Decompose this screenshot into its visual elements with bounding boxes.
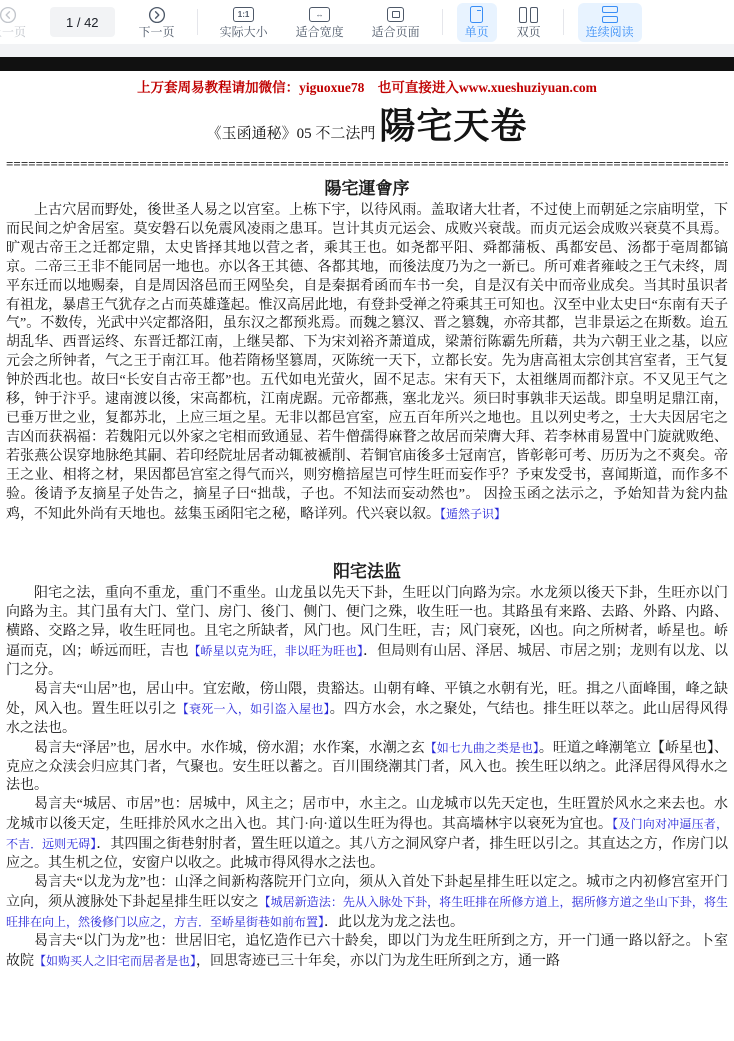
toolbar-divider (197, 9, 198, 35)
divider-line: ========================================… (6, 158, 728, 169)
paragraph: 上古穴居而野处，後世圣人易之以宫室。上栋下宇，以待风雨。盖取诸大壮者，不过使上而… (6, 202, 728, 524)
section-heading: 阳宅法监 (6, 557, 728, 582)
actual-size-label: 实际大小 (220, 26, 268, 39)
page-indicator[interactable]: 1 / 42 (50, 7, 115, 37)
annotation: 【衰死一入，如引盗入屋也】 (177, 702, 330, 716)
fit-width-button[interactable]: ↔ 适合宽度 (288, 3, 352, 42)
fit-page-label: 适合页面 (372, 26, 420, 39)
separator-bar (0, 57, 734, 71)
next-page-label: 下一页 (139, 26, 175, 39)
fit-width-icon: ↔ (309, 6, 330, 24)
continuous-reading-label: 连续阅读 (586, 26, 634, 39)
continuous-reading-button[interactable]: 连续阅读 (578, 3, 642, 42)
sections-container: 陽宅運會序上古穴居而野处，後世圣人易之以宫室。上栋下宇，以待风雨。盖取诸大壮者，… (6, 174, 728, 972)
paragraph: 曷言夫“泽居”也，居水中。水作城，傍水湄；水作案，水潮之玄【如七九曲之类是也】。… (6, 739, 728, 797)
double-page-icon (519, 6, 538, 24)
paragraph: 曷言夫“以龙为龙”也：山泽之间新构落院开门立向，须从入首处下卦起星排生旺以定之。… (6, 874, 728, 933)
annotation: 【遁然子识】 (440, 507, 506, 521)
single-page-icon (470, 6, 483, 24)
body-text: ．其四围之街巷射肘者，置生旺以道之。其八方之洞风穿户者，排生旺以引之。其直达之方… (6, 837, 728, 871)
prev-page-icon (0, 6, 17, 24)
fit-page-button[interactable]: 适合页面 (364, 3, 428, 42)
title-prefix: 《玉函通秘》05 不二法門 (207, 126, 376, 142)
body-text: 上古穴居而野处，後世圣人易之以宫室。上栋下宇，以待风雨。盖取诸大壮者，不过使上而… (6, 203, 728, 522)
next-page-icon (148, 6, 166, 24)
toolbar-gap-strip (0, 44, 734, 57)
body-text: 曷言夫“泽居”也，居水中。水作城，傍水湄；水作案，水潮之玄 (34, 741, 425, 756)
next-page-button[interactable]: 下一页 (131, 3, 183, 42)
toolbar-divider (442, 9, 443, 35)
paragraph: 阳宅之法，重向不重龙，重门不重坐。山龙虽以先天下卦，生旺以门向路为宗。水龙须以後… (6, 585, 728, 681)
continuous-reading-icon (602, 6, 618, 24)
actual-size-icon: 1:1 (233, 6, 254, 24)
prev-page-label: 上一页 (0, 26, 26, 39)
double-page-button[interactable]: 双页 (509, 3, 549, 42)
section-heading: 陽宅運會序 (6, 174, 728, 199)
fit-page-icon (387, 6, 404, 24)
prev-page-button[interactable]: 上一页 (0, 3, 34, 42)
single-page-label: 单页 (465, 26, 489, 39)
paragraph: 曷言夫“以门为龙”也：世居旧宅，追忆造作已六十龄矣，即以门为龙生旺所到之方，开一… (6, 933, 728, 972)
document-page: 上万套周易教程请加微信：yiguoxue78 也可直接进入www.xueshuz… (0, 80, 734, 972)
annotation: 【如购买人之旧宅而居者是也】 (34, 954, 196, 968)
body-text: ，回思寄迹已三十年矣，亦以门为龙生旺所到之方，通一路 (196, 954, 560, 969)
page-indicator-value: 1 / 42 (66, 15, 99, 30)
double-page-label: 双页 (517, 26, 541, 39)
single-page-button[interactable]: 单页 (457, 3, 497, 42)
document-title: 《玉函通秘》05 不二法門 陽宅天卷 (6, 104, 728, 156)
toolbar: 上一页 1 / 42 下一页 1:1 实际大小 ↔ 适合宽度 适合页面 单页 (0, 0, 734, 44)
paragraph: 曷言夫“城居、市居”也：居城中，风主之；居市中，水主之。山龙城市以先天定也，生旺… (6, 796, 728, 874)
annotation: 【如七九曲之类是也】 (425, 741, 539, 755)
body-text: ．此以龙为龙之法也。 (324, 915, 464, 930)
annotation: 【峤星以克为旺，非以旺为旺也】 (189, 644, 364, 658)
actual-size-button[interactable]: 1:1 实际大小 (212, 3, 276, 42)
toolbar-divider (563, 9, 564, 35)
paragraph: 曷言夫“山居”也，居山中。宜宏敞，傍山隈，贵豁达。山朝有峰、平镇之水朝有光，旺。… (6, 681, 728, 739)
promo-line: 上万套周易教程请加微信：yiguoxue78 也可直接进入www.xueshuz… (6, 80, 728, 96)
title-main: 陽宅天卷 (379, 106, 527, 146)
fit-width-label: 适合宽度 (296, 26, 344, 39)
